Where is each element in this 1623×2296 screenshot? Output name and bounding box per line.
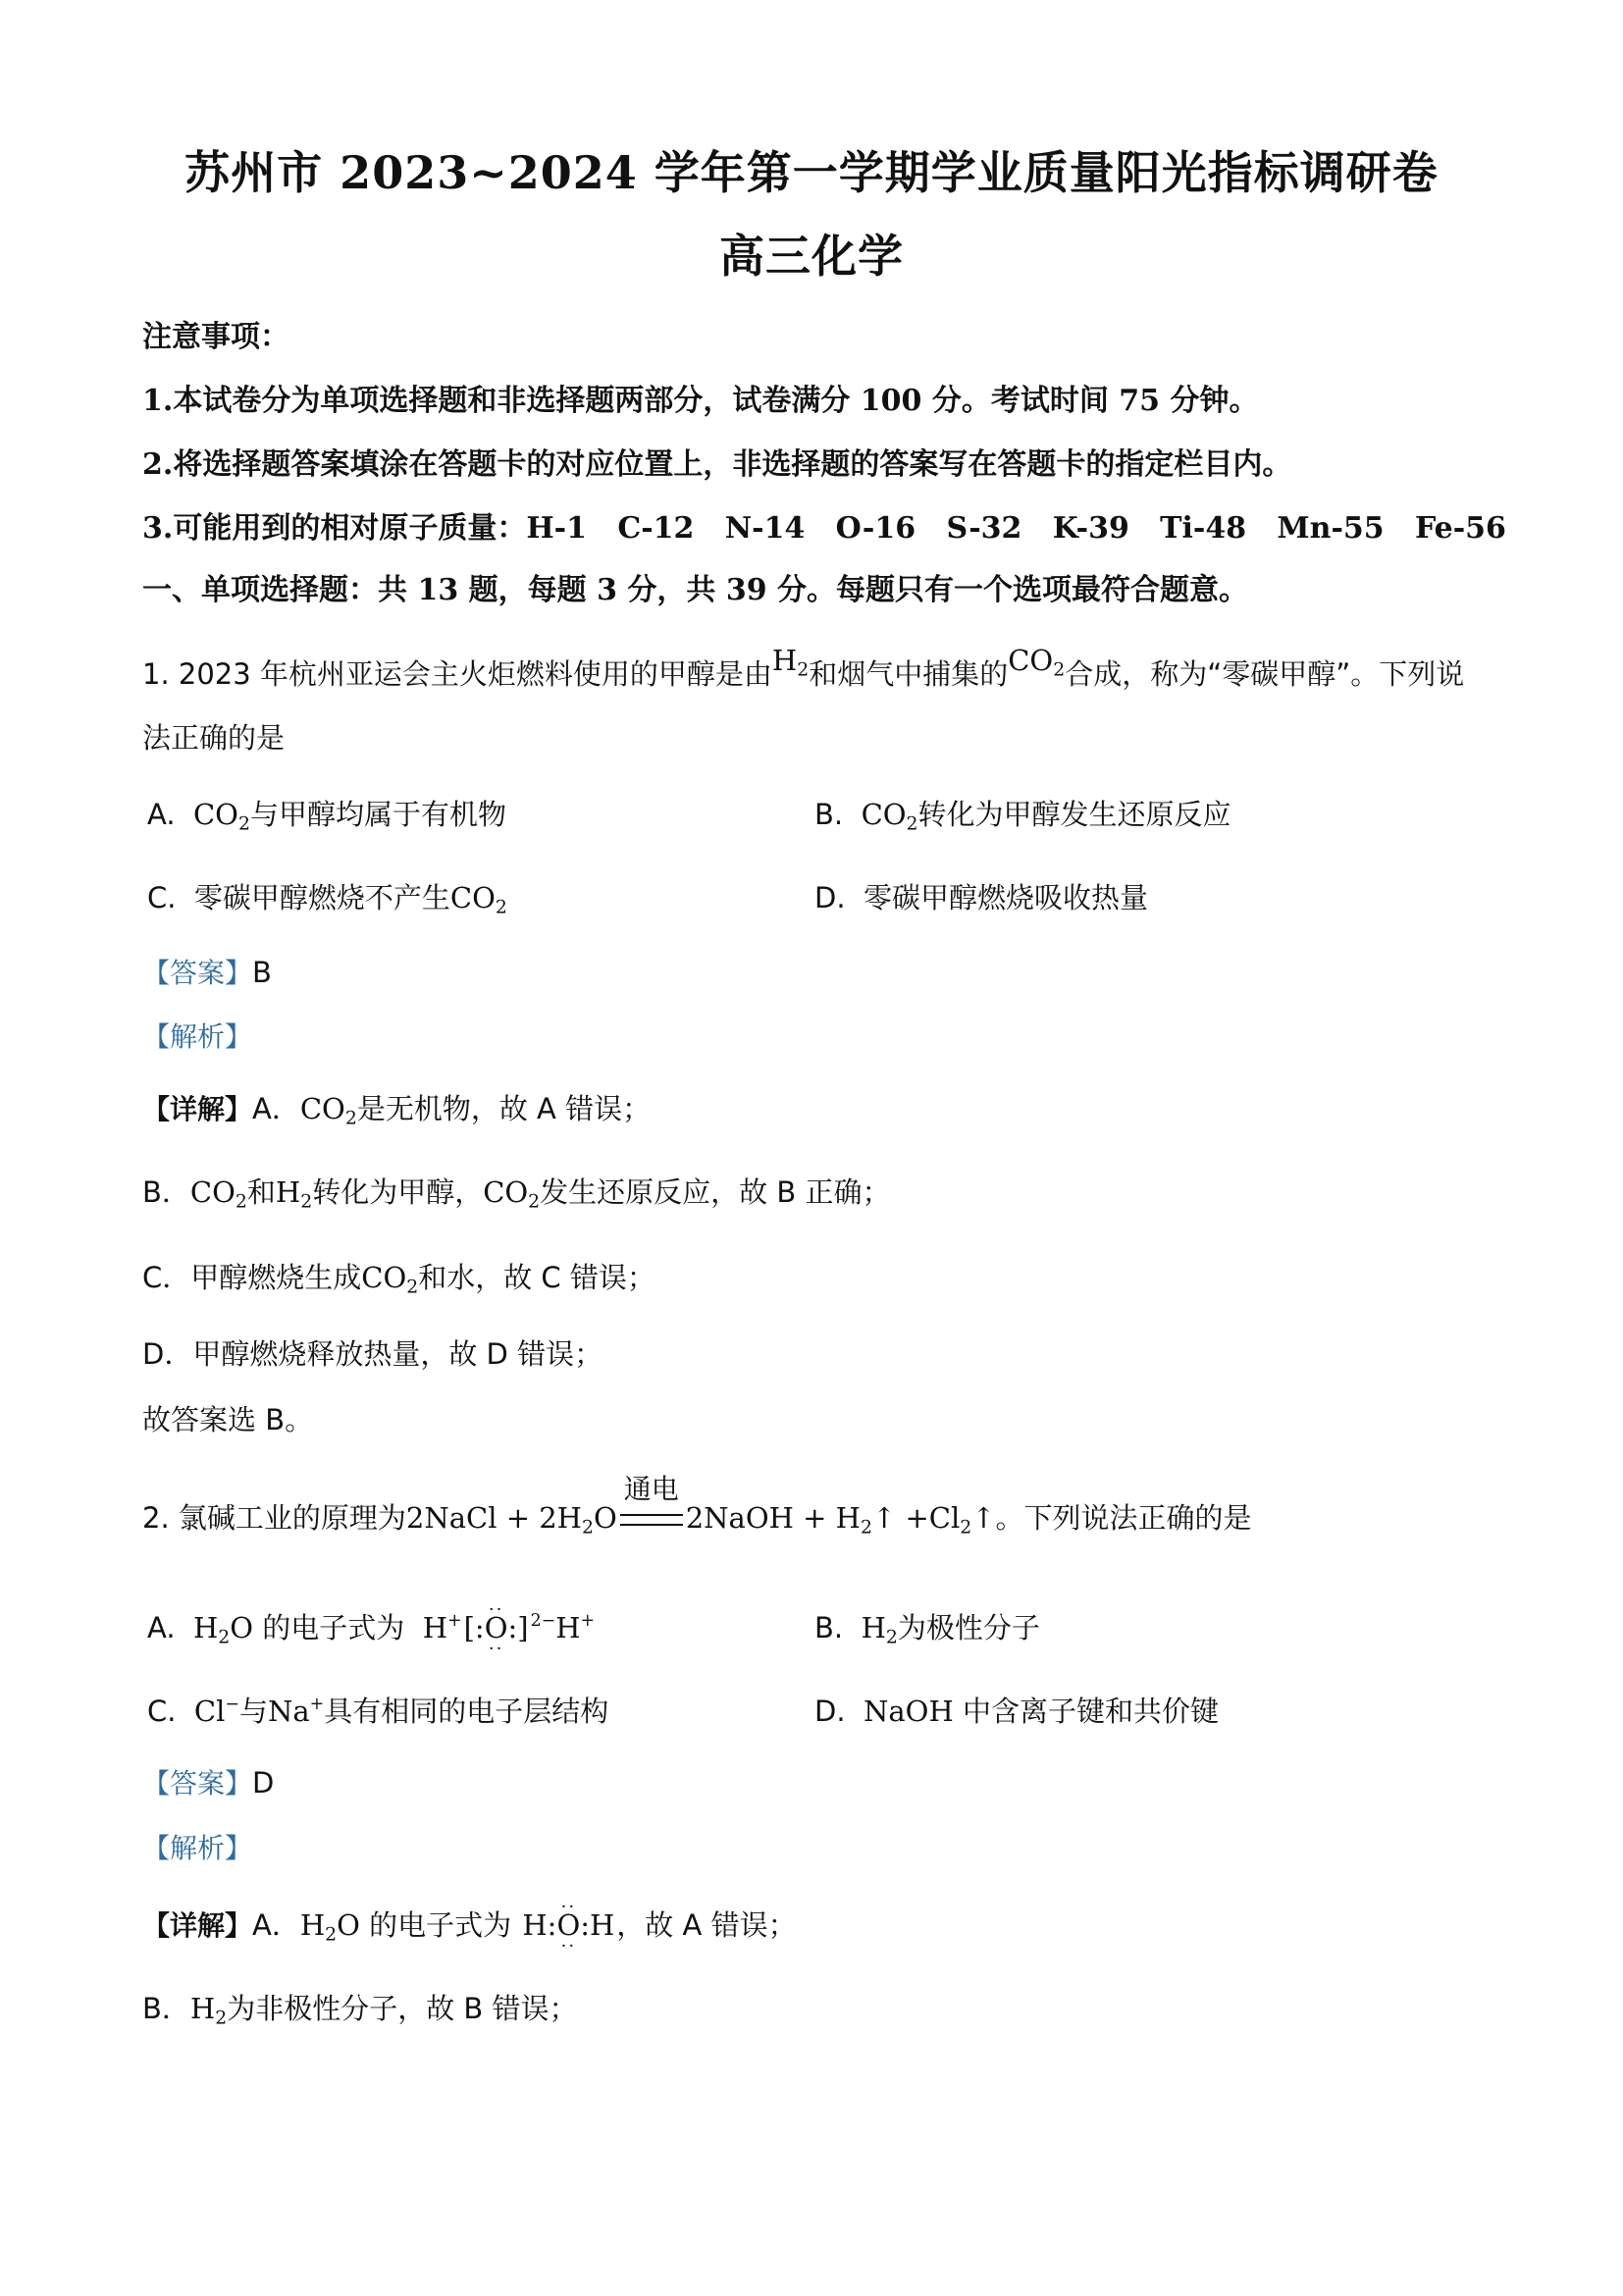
q1-h2: H2 [772,644,809,677]
exam-subtitle: 高三化学 [0,221,1623,286]
q2-option-a[interactable]: A. H2O 的电子式为 H+··[:O:]··2−H+ [147,1606,595,1648]
answer-value: D [252,1766,274,1800]
q1-stem-line1: 1. 2023 年杭州亚运会主火炬燃料使用的甲醇是由H2和烟气中捕集的CO2合成… [142,652,1464,695]
q2-option-c[interactable]: C. Cl−与Na+具有相同的电子层结构 [147,1690,608,1730]
notes-heading: 注意事项： [142,312,289,355]
q1-option-d[interactable]: D. 零碳甲醇燃烧吸收热量 [814,876,1148,916]
lewis-structure-ionic: H+··[:O:]··2−H+ [423,1611,595,1644]
note-item-3: 3.可能用到的相对原子质量：H-1 C-12 N-14 O-16 S-32 K-… [142,503,1506,547]
q1-detail-c: C．甲醇燃烧生成CO2和水，故 C 错误； [142,1256,655,1298]
q2-answer: 【答案】D [142,1762,274,1801]
q2-equation: 2NaCl + 2H2O通电2NaOH + H2↑ +Cl2↑ [406,1501,996,1535]
section-heading: 一、单项选择题：共 13 题，每题 3 分，共 39 分。每题只有一个选项最符合… [142,565,1248,608]
q2-detail-a: 【详解】A．H2O 的电子式为 ··H:O:H··，故 A 错误； [142,1904,797,1946]
q1-answer: 【答案】B [142,952,272,991]
note-item-2: 2.将选择题答案填涂在答题卡的对应位置上，非选择题的答案写在答题卡的指定栏目内。 [142,440,1291,483]
q1-option-c[interactable]: C. 零碳甲醇燃烧不产生CO2 [147,876,507,918]
q1-detail-d: D．甲醇燃烧释放热量，故 D 错误； [142,1332,602,1373]
q1-stem-part3: 合成，称为“零碳甲醇”。下列说 [1065,657,1464,691]
q1-co2: CO2 [1008,644,1065,677]
note-item-1: 1.本试卷分为单项选择题和非选择题两部分，试卷满分 100 分。考试时间 75 … [142,376,1258,419]
q1-stem-part1: 1. 2023 年杭州亚运会主火炬燃料使用的甲醇是由 [142,657,772,691]
q1-analysis-label: 【解析】 [142,1016,252,1055]
q1-stem-part2: 和烟气中捕集的 [809,657,1008,691]
exam-page: 苏州市 2023~2024 学年第一学期学业质量阳光指标调研卷 高三化学 注意事… [0,0,1623,2296]
q1-detail-a: 【详解】A．CO2是无机物，故 A 错误； [142,1087,651,1129]
q2-option-b[interactable]: B. H2为极性分子 [814,1606,1040,1648]
lewis-structure-covalent: ··H:O:H·· [520,1908,616,1942]
q1-conclusion: 故答案选 B。 [142,1398,313,1438]
q2-analysis-label: 【解析】 [142,1827,252,1866]
q2-option-d[interactable]: D. NaOH 中含离子键和共价键 [814,1690,1219,1730]
q1-detail-b: B．CO2和H2转化为甲醇，CO2发生还原反应，故 B 正确； [142,1171,891,1213]
answer-label: 【答案】 [142,1767,252,1800]
exam-title: 苏州市 2023~2024 学年第一学期学业质量阳光指标调研卷 [0,137,1623,202]
answer-value: B [252,956,272,989]
q2-stem: 2. 氯碱工业的原理为2NaCl + 2H2O通电2NaOH + H2↑ +Cl… [142,1496,1252,1539]
answer-label: 【答案】 [142,957,252,989]
q1-option-a[interactable]: A. CO2与甲醇均属于有机物 [147,793,506,835]
q2-detail-b: B．H2为非极性分子，故 B 错误； [142,1987,578,2029]
q1-option-b[interactable]: B. CO2转化为甲醇发生还原反应 [814,793,1231,835]
q1-stem-line2: 法正确的是 [142,716,285,757]
equation-condition: 通电 [617,1501,686,1535]
